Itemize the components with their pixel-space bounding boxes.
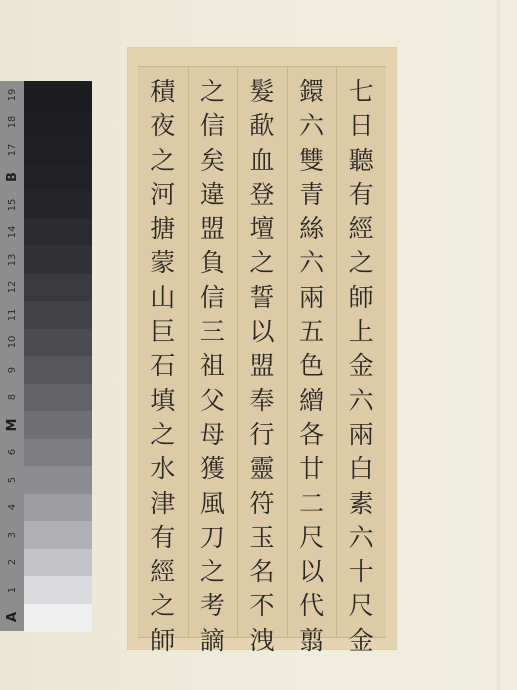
- character: 兩: [349, 418, 374, 452]
- character: 母: [200, 418, 225, 452]
- gray-patch: [24, 301, 92, 329]
- character: 青: [299, 178, 324, 212]
- character: 素: [349, 487, 374, 521]
- character: 髮: [249, 75, 274, 109]
- scale-label: 10: [0, 330, 25, 354]
- character: 誓: [249, 281, 274, 315]
- scale-label: 4: [0, 495, 25, 519]
- character: 歃: [249, 109, 274, 143]
- character: 填: [150, 384, 175, 418]
- character: 之: [150, 589, 175, 623]
- character: 謫: [200, 624, 225, 658]
- gray-patch: [24, 494, 92, 522]
- manuscript-fragment: 七日聽有經之師上金六兩白素六十尺金鐶六雙青絲六兩五色繒各廿二尺以代翦髮歃血登壇之…: [128, 48, 396, 649]
- scale-label: 8: [0, 385, 25, 409]
- scale-label: M: [0, 413, 25, 437]
- page-fold: [497, 0, 500, 690]
- scale-label: 11: [0, 303, 25, 327]
- character: 盟: [249, 349, 274, 383]
- character: 之: [349, 246, 374, 280]
- character: 六: [349, 521, 374, 555]
- column-rule: [237, 67, 238, 637]
- scale-label: 1: [0, 578, 25, 602]
- text-column: 之信矣違盟負信三祖父母獲風刀之考謫: [194, 75, 230, 658]
- character: 十: [349, 555, 374, 589]
- character: 山: [150, 281, 175, 315]
- scale-labels: 191817B15141312111098M654321A: [0, 81, 24, 631]
- character: 行: [249, 418, 274, 452]
- scale-label: 18: [0, 110, 25, 134]
- scale-label: 5: [0, 468, 25, 492]
- character: 翦: [299, 624, 324, 658]
- character: 名: [249, 555, 274, 589]
- character: 兩: [299, 281, 324, 315]
- character: 二: [299, 487, 324, 521]
- character: 搪: [150, 212, 175, 246]
- character: 以: [299, 555, 324, 589]
- column-rule: [287, 67, 288, 637]
- character: 之: [150, 144, 175, 178]
- character: 信: [200, 281, 225, 315]
- grayscale-calibration-strip: 191817B15141312111098M654321A: [0, 81, 92, 631]
- scale-label: 6: [0, 440, 25, 464]
- scale-label: 19: [0, 83, 25, 107]
- character: 六: [349, 384, 374, 418]
- manuscript-text-area: 七日聽有經之師上金六兩白素六十尺金鐶六雙青絲六兩五色繒各廿二尺以代翦髮歃血登壇之…: [138, 66, 386, 638]
- column-rule: [188, 67, 189, 637]
- scale-patches: [24, 81, 92, 631]
- scale-label: B: [0, 165, 25, 189]
- character: 祖: [200, 349, 225, 383]
- character: 刀: [200, 521, 225, 555]
- gray-patch: [24, 164, 92, 192]
- character: 各: [299, 418, 324, 452]
- gray-patch: [24, 329, 92, 357]
- character: 父: [200, 384, 225, 418]
- character: 水: [150, 452, 175, 486]
- scale-label: 13: [0, 248, 25, 272]
- gray-patch: [24, 521, 92, 549]
- character: 之: [200, 75, 225, 109]
- scale-label: 15: [0, 193, 25, 217]
- character: 白: [349, 452, 374, 486]
- character: 考: [200, 589, 225, 623]
- gray-patch: [24, 109, 92, 137]
- character: 奉: [249, 384, 274, 418]
- gray-patch: [24, 576, 92, 604]
- character: 不: [249, 589, 274, 623]
- scale-label: 17: [0, 138, 25, 162]
- character: 獲: [200, 452, 225, 486]
- gray-patch: [24, 246, 92, 274]
- character: 聽: [349, 144, 374, 178]
- character: 壇: [249, 212, 274, 246]
- column-rule: [336, 67, 337, 637]
- character: 之: [150, 418, 175, 452]
- character: 津: [150, 487, 175, 521]
- character: 石: [150, 349, 175, 383]
- character: 尺: [299, 521, 324, 555]
- character: 絲: [299, 212, 324, 246]
- gray-patch: [24, 384, 92, 412]
- scale-label: 3: [0, 523, 25, 547]
- character: 盟: [200, 212, 225, 246]
- character: 繒: [299, 384, 324, 418]
- gray-patch: [24, 549, 92, 577]
- character: 有: [349, 178, 374, 212]
- character: 師: [150, 624, 175, 658]
- text-column: 積夜之河搪蒙山巨石填之水津有經之師: [145, 75, 181, 658]
- character: 之: [249, 246, 274, 280]
- text-column: 髮歃血登壇之誓以盟奉行靈符玉名不洩: [244, 75, 280, 658]
- character: 以: [249, 315, 274, 349]
- character: 登: [249, 178, 274, 212]
- scale-label: 12: [0, 275, 25, 299]
- character: 玉: [249, 521, 274, 555]
- character: 河: [150, 178, 175, 212]
- gray-patch: [24, 604, 92, 632]
- character: 三: [200, 315, 225, 349]
- character: 之: [200, 555, 225, 589]
- character: 金: [349, 349, 374, 383]
- text-column: 七日聽有經之師上金六兩白素六十尺金: [343, 75, 379, 658]
- character: 巨: [150, 315, 175, 349]
- scale-label: A: [0, 605, 25, 629]
- character: 六: [299, 109, 324, 143]
- character: 五: [299, 315, 324, 349]
- character: 經: [150, 555, 175, 589]
- character: 金: [349, 624, 374, 658]
- character: 夜: [150, 109, 175, 143]
- gray-patch: [24, 439, 92, 467]
- character: 血: [249, 144, 274, 178]
- character: 師: [349, 281, 374, 315]
- character: 上: [349, 315, 374, 349]
- character: 廿: [299, 452, 324, 486]
- character: 蒙: [150, 246, 175, 280]
- character: 六: [299, 246, 324, 280]
- character: 風: [200, 487, 225, 521]
- character: 色: [299, 349, 324, 383]
- character: 積: [150, 75, 175, 109]
- gray-patch: [24, 411, 92, 439]
- gray-patch: [24, 81, 92, 109]
- gray-patch: [24, 219, 92, 247]
- scale-label: 9: [0, 358, 25, 382]
- gray-patch: [24, 191, 92, 219]
- character: 符: [249, 487, 274, 521]
- scale-label: 2: [0, 550, 25, 574]
- gray-patch: [24, 274, 92, 302]
- character: 洩: [249, 624, 274, 658]
- character: 負: [200, 246, 225, 280]
- character: 矣: [200, 144, 225, 178]
- character: 靈: [249, 452, 274, 486]
- character: 經: [349, 212, 374, 246]
- character: 尺: [349, 589, 374, 623]
- character: 雙: [299, 144, 324, 178]
- gray-patch: [24, 356, 92, 384]
- text-column: 鐶六雙青絲六兩五色繒各廿二尺以代翦: [294, 75, 330, 658]
- character: 代: [299, 589, 324, 623]
- character: 日: [349, 109, 374, 143]
- gray-patch: [24, 466, 92, 494]
- character: 鐶: [299, 75, 324, 109]
- character: 七: [349, 75, 374, 109]
- scale-label: 14: [0, 220, 25, 244]
- gray-patch: [24, 136, 92, 164]
- character: 有: [150, 521, 175, 555]
- character: 信: [200, 109, 225, 143]
- character: 違: [200, 178, 225, 212]
